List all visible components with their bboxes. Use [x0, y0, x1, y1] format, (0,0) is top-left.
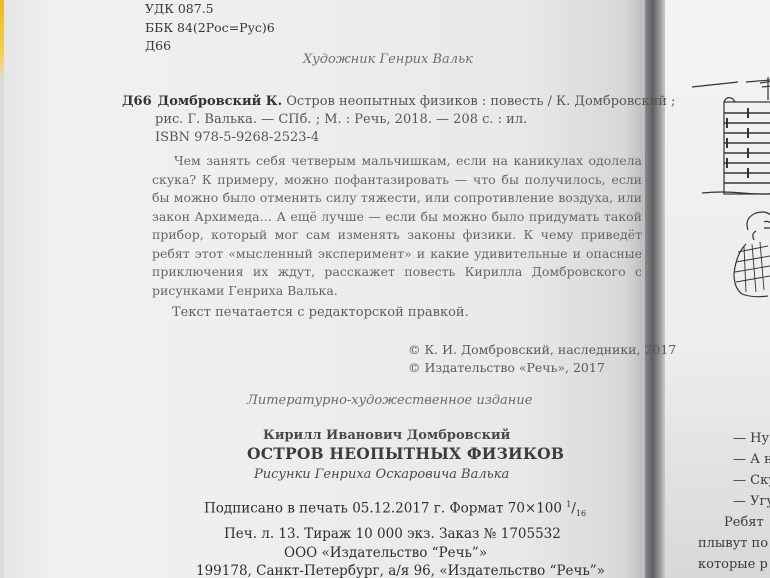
edition-type: Литературно-художественное издание — [247, 393, 532, 408]
isbn: ISBN 978-5-9268-2523-4 — [155, 129, 675, 147]
record-code: Д66 — [122, 94, 152, 109]
right-page-text: — Ну — А н — Ску — Угу Ребят плывут по к… — [733, 428, 770, 575]
classification-codes: УДК 087.5 ББК 84(2Рос=Рус)6 Д66 — [145, 0, 275, 56]
print-run-line: Печ. л. 13. Тираж 10 000 экз. Заказ № 17… — [224, 524, 586, 544]
copyright-block: © К. И. Домбровский, наследники, 2017 © … — [408, 341, 676, 377]
paragraph-line: которые р — [698, 554, 770, 575]
format-fraction-numerator: 1 — [566, 500, 571, 509]
annotation: Чем занять себя четверым мальчишкам, есл… — [152, 152, 642, 300]
dialog-line: — Угу — [733, 491, 770, 512]
publisher-address: 199178, Санкт-Петербург, а/я 96, «Издате… — [196, 562, 605, 578]
copyright-author: © К. И. Домбровский, наследники, 2017 — [408, 341, 676, 359]
record-author: Домбровский К. — [158, 94, 282, 109]
publisher-name: ООО «Издательство “Речь”» — [284, 544, 605, 562]
dialog-line: — Ну — [733, 428, 770, 449]
book-title: ОСТРОВ НЕОПЫТНЫХ ФИЗИКОВ — [247, 444, 564, 463]
illustrations-credit: Рисунки Генриха Оскаровича Валька — [254, 467, 509, 482]
bibliographic-record: Д66Домбровский К. Остров неопытных физик… — [122, 93, 675, 147]
signed-for-print: Подписано в печать 05.12.2017 г. Формат … — [204, 501, 562, 517]
editorial-note: Текст печатается с редакторской правкой. — [172, 305, 469, 320]
author-sign: Д66 — [145, 37, 275, 56]
paragraph-start: Ребят — [724, 512, 770, 533]
bbk-code: ББК 84(2Рос=Рус)6 — [145, 19, 275, 38]
record-title-line: Остров неопытных физиков : повесть / К. … — [286, 94, 675, 109]
imprint-block: Подписано в печать 05.12.2017 г. Формат … — [204, 495, 586, 544]
artist-credit: Художник Генрих Вальк — [303, 52, 473, 67]
format-fraction-denominator: 16 — [576, 509, 586, 518]
record-publication-line: рис. Г. Валька. — СПб. ; М. : Речь, 2018… — [155, 111, 675, 129]
annotation-text: Чем занять себя четверым мальчишкам, есл… — [152, 152, 642, 300]
udk-code: УДК 087.5 — [145, 0, 275, 19]
copyright-publisher: © Издательство «Речь», 2017 — [408, 359, 676, 377]
dialog-line: — Ску — [733, 470, 770, 491]
dialog-line: — А н — [733, 449, 770, 470]
author-full-name: Кирилл Иванович Домбровский — [263, 428, 510, 443]
publisher-block: ООО «Издательство “Речь”» 199178, Санкт-… — [196, 544, 605, 578]
paragraph-line: плывут по — [698, 533, 770, 554]
building-and-boy-illustration — [660, 0, 770, 300]
